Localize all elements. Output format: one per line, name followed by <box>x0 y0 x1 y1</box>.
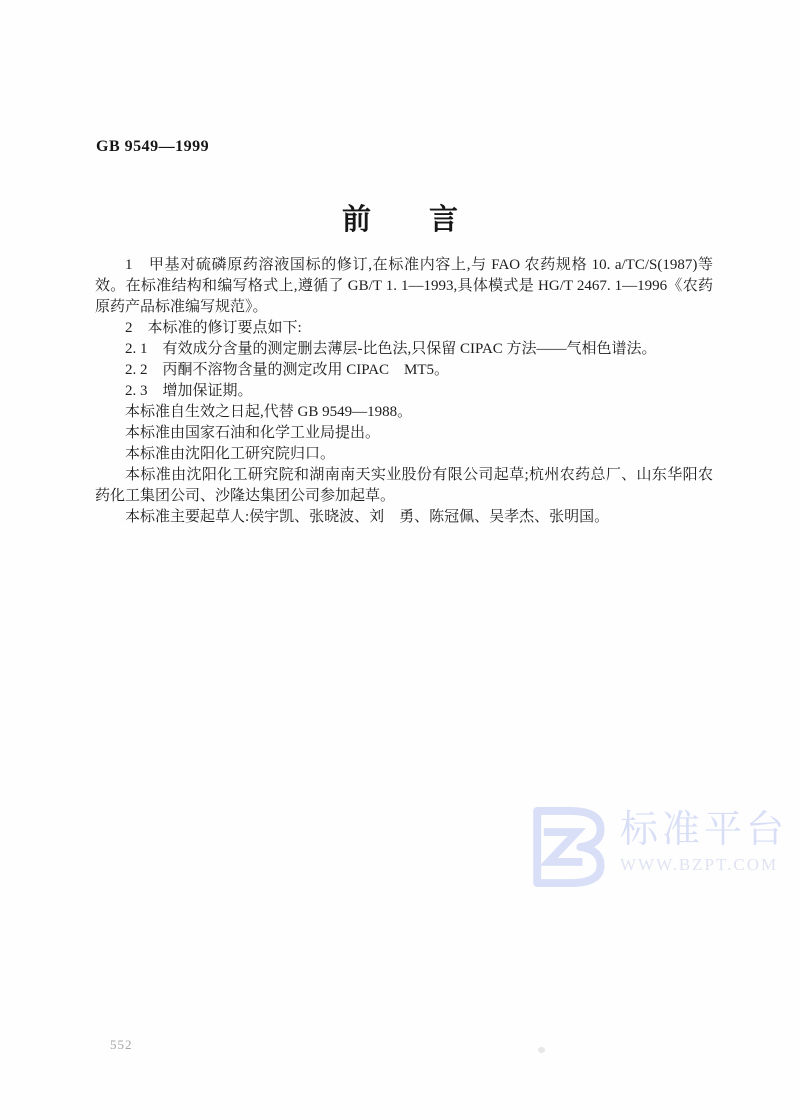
watermark-url: WWW.BZPT.COM <box>620 855 788 875</box>
watermark-name: 标准平台 <box>620 810 788 850</box>
watermark-text: 标准平台 WWW.BZPT.COM <box>620 803 788 875</box>
foreword-paragraph: 2. 2 丙酮不溶物含量的测定改用 CIPAC MT5。 <box>95 360 713 381</box>
foreword-body: 1 甲基对硫磷原药溶液国标的修订,在标准内容上,与 FAO 农药规格 10. a… <box>95 255 713 528</box>
foreword-paragraph: 本标准由国家石油和化学工业局提出。 <box>95 423 713 444</box>
bzpt-logo-icon <box>524 803 612 891</box>
foreword-paragraph: 1 甲基对硫磷原药溶液国标的修订,在标准内容上,与 FAO 农药规格 10. a… <box>95 255 713 318</box>
standard-code: GB 9549—1999 <box>96 138 209 156</box>
foreword-paragraph: 2. 1 有效成分含量的测定删去薄层-比色法,只保留 CIPAC 方法——气相色… <box>95 339 713 360</box>
foreword-paragraph: 本标准由沈阳化工研究院归口。 <box>95 444 713 465</box>
foreword-paragraph: 本标准自生效之日起,代替 GB 9549—1988。 <box>95 402 713 423</box>
watermark: 标准平台 WWW.BZPT.COM <box>524 803 788 891</box>
document-page: GB 9549—1999 前 言 1 甲基对硫磷原药溶液国标的修订,在标准内容上… <box>0 0 800 1120</box>
page-number: 552 <box>110 1037 133 1053</box>
foreword-paragraph: 本标准主要起草人:侯宇凯、张晓波、刘 勇、陈冠佩、吴孝杰、张明国。 <box>95 507 713 528</box>
scan-artifact <box>538 1047 545 1053</box>
foreword-paragraph: 2 本标准的修订要点如下: <box>95 318 713 339</box>
foreword-paragraph: 2. 3 增加保证期。 <box>95 381 713 402</box>
foreword-title: 前 言 <box>0 197 800 238</box>
foreword-paragraph: 本标准由沈阳化工研究院和湖南南天实业股份有限公司起草;杭州农药总厂、山东华阳农药… <box>95 465 713 507</box>
